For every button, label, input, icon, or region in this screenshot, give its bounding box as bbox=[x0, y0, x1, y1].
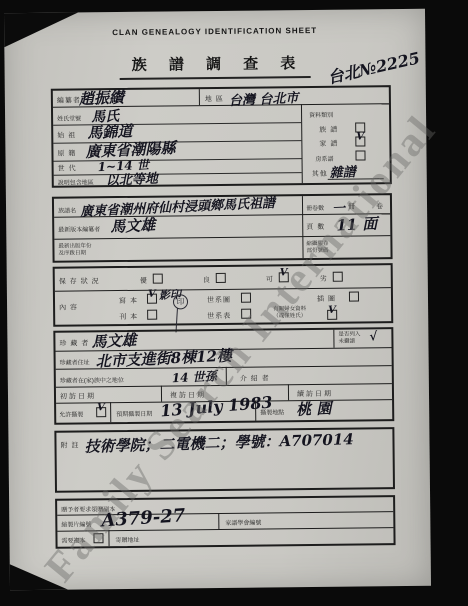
mailing-address-label: 寄贈地址 bbox=[115, 535, 139, 544]
women-data-label: 有關婦女資料 （或僅姓氏） bbox=[273, 306, 306, 319]
address-label: 珍藏者住址 bbox=[60, 357, 90, 366]
category-label: 資料類別 bbox=[309, 110, 333, 119]
women-data-checkmark: V bbox=[328, 305, 336, 316]
first-visit-label: 初訪日期 bbox=[60, 391, 96, 401]
notes-value: 技術學院；二電機二；學號：A707014 bbox=[84, 428, 354, 457]
juan-unit-label: 卷 bbox=[376, 201, 384, 211]
film-place-label: 攝製地點 bbox=[260, 407, 284, 416]
condition-excellent-checkbox bbox=[153, 274, 163, 284]
content-manuscript-label: 寫 本 bbox=[119, 296, 138, 306]
section-book-info: 族譜名 廣東省潮州府仙村浸頭鄉馬氏祖譜 冊卷數 一 冊 卷 最新版本編纂者 馬文… bbox=[52, 193, 393, 263]
coverage-label: 說明包含地區 bbox=[58, 177, 94, 186]
generations-label: 世 代 bbox=[58, 163, 77, 173]
category-family-label: 家 譜 bbox=[319, 139, 338, 149]
film-place-value: 桃 園 bbox=[296, 397, 332, 420]
pages-value: 11 面 bbox=[336, 213, 378, 236]
content-illustration-checkbox bbox=[349, 292, 359, 302]
negative-number-value: A379-27 bbox=[101, 505, 186, 531]
content-table-label: 世系表 bbox=[207, 311, 231, 321]
content-chart-label: 世系圖 bbox=[207, 295, 231, 305]
society-number-label: 家譜學會編號 bbox=[225, 518, 261, 527]
copy-needed-checkbox bbox=[93, 533, 103, 543]
permission-label: 允許攝製 bbox=[59, 409, 83, 418]
film-date-label: 預期攝製日期 bbox=[116, 409, 152, 418]
introducer-label: 介 紹 者 bbox=[240, 373, 270, 383]
scanned-document: CLAN GENEALOGY IDENTIFICATION SHEET 族 譜 … bbox=[0, 0, 468, 606]
listed-tick: √ bbox=[369, 329, 378, 343]
microfilm-label: 縮攝膠卷 部份號碼 bbox=[306, 241, 328, 254]
notes-label: 附 註 bbox=[60, 440, 79, 450]
content-illustration-label: 插 圖 bbox=[317, 294, 336, 304]
condition-good-checkbox bbox=[216, 273, 226, 283]
paper-sheet: CLAN GENEALOGY IDENTIFICATION SHEET 族 譜 … bbox=[4, 9, 431, 590]
copy-needed-label: 需要複本 bbox=[61, 535, 85, 544]
content-manuscript-checkmark: V bbox=[148, 289, 156, 300]
condition-label: 保 存 狀 況 bbox=[59, 276, 100, 286]
section-basic-info: 編纂者 趙振纉 地 區 台灣 台北市 姓氏堂號 馬氏 始 祖 馬錦道 原 籍 廣… bbox=[51, 85, 392, 188]
volumes-label: 冊卷數 bbox=[306, 203, 324, 212]
condition-excellent-label: 優 bbox=[140, 276, 148, 286]
category-branch-checkbox bbox=[355, 150, 365, 160]
condition-good-label: 良 bbox=[203, 275, 211, 285]
condition-fair-label: 可 bbox=[266, 274, 274, 284]
coverage-value: 以北等地 bbox=[105, 168, 158, 189]
book-title-label: 族譜名 bbox=[58, 205, 76, 214]
content-table-checkbox bbox=[241, 309, 251, 319]
section-owner-info: 珍 藏 者 馬文雄 是否列入 未攝譜 √ 珍藏者住址 北市支進街8棟12樓 珍藏… bbox=[53, 327, 394, 425]
section-condition-content: 保 存 狀 況 優 良 可 V 劣 內 容 寫 本 V 影印 印 世系圖 插 圖… bbox=[53, 263, 394, 327]
editor-label: 最新版本編纂者 bbox=[58, 224, 100, 233]
section-notes: 附 註 技術學院；二電機二；學號：A707014 bbox=[54, 427, 395, 493]
content-label: 內 容 bbox=[59, 302, 78, 312]
publication-year-label: 最新出版年份 及序跋日期 bbox=[58, 243, 91, 256]
category-other-label: 其他 bbox=[312, 169, 328, 179]
position-label: 珍藏者在(家)族中之地位 bbox=[60, 375, 124, 385]
listed-label: 是否列入 未攝譜 bbox=[338, 332, 360, 345]
section-office-use: 贈予者要求領贈副本 縮製片編號 A379-27 家譜學會編號 需要複本 寄贈地址 bbox=[55, 495, 396, 549]
volume-unit-label: 冊 bbox=[348, 202, 356, 212]
editor-value: 馬文雄 bbox=[110, 214, 156, 237]
surname-label: 姓氏堂號 bbox=[57, 113, 81, 122]
corner-shadow-bottom-left bbox=[10, 564, 68, 591]
origin-label: 原 籍 bbox=[57, 148, 76, 158]
permission-checkmark: V bbox=[97, 402, 105, 413]
region-value: 台灣 台北市 bbox=[228, 87, 298, 109]
owner-label: 珍 藏 者 bbox=[59, 338, 89, 348]
condition-poor-checkbox bbox=[333, 272, 343, 282]
category-family-checkmark: V bbox=[356, 131, 364, 142]
position-value: 14 世孫 bbox=[171, 367, 217, 386]
pages-label: 頁 數 bbox=[306, 222, 325, 232]
content-printed-checkbox bbox=[147, 310, 157, 320]
condition-poor-label: 劣 bbox=[320, 274, 328, 284]
content-printed-label: 刊 本 bbox=[119, 312, 138, 322]
condition-fair-checkmark: V bbox=[280, 267, 288, 278]
category-clan-label: 族 譜 bbox=[319, 125, 338, 135]
content-chart-checkbox bbox=[241, 293, 251, 303]
compiler-label: 編纂者 bbox=[57, 95, 81, 105]
region-label: 地 區 bbox=[205, 94, 224, 104]
ancestor-label: 始 祖 bbox=[57, 130, 76, 140]
seal-stamp: 印 bbox=[173, 294, 188, 309]
negative-number-label: 縮製片編號 bbox=[61, 519, 91, 528]
